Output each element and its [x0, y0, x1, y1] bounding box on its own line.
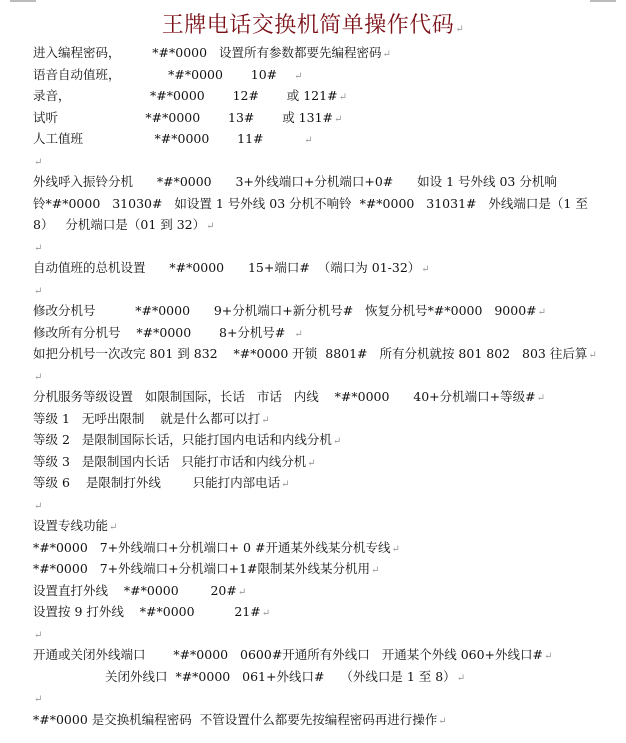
paragraph-mark-icon: ↵ [333, 436, 341, 447]
line-text: 人工值班 *#*0000 11# [33, 131, 303, 146]
paragraph-mark-icon: ↵ [261, 415, 269, 426]
line-text: *#*0000 7+外线端口+分机端口+1#限制某外线某分机用 [33, 561, 370, 576]
line-direct-outside: 设置直打外线 *#*0000 20#↵ [33, 580, 613, 602]
paragraph-mark-icon: ↵ [34, 157, 42, 168]
paragraph-mark-icon: ↵ [334, 114, 342, 125]
line-incoming-ring-2: 铃*#*0000 31030# 如设置 1 号外线 03 分机不响铃 *#*00… [33, 193, 613, 215]
document-body[interactable]: 进入编程密码， *#*0000 设置所有参数都要先编程密码↵ 语音自动值班， *… [33, 42, 613, 730]
line-text: 等级 6 是限制打外线 只能打内部电话 [33, 475, 280, 490]
line-text: 如把分机号一次改完 801 到 832 *#*0000 开锁 8801# 所有分… [33, 346, 587, 361]
blank-line: ↵ [33, 365, 613, 387]
line-modify-all-extensions: 修改所有分机号 *#*0000 8+分机号# ↵ [33, 322, 613, 344]
paragraph-mark-icon: ↵ [262, 608, 270, 619]
line-enter-programming: 进入编程密码， *#*0000 设置所有参数都要先编程密码↵ [33, 42, 613, 64]
paragraph-mark-icon: ↵ [537, 393, 545, 404]
line-text: 设置按 9 打外线 *#*0000 21# [33, 604, 261, 619]
line-text: 8） 分机端口是（01 到 32） [33, 217, 205, 232]
line-recording: 录音， *#*0000 12# 或 121#↵ [33, 85, 613, 107]
paragraph-mark-icon: ↵ [294, 329, 302, 340]
paragraph-mark-icon: ↵ [455, 24, 464, 35]
line-text: 自动值班的总机设置 *#*0000 15+端口# （端口为 01-32） [33, 260, 420, 275]
line-incoming-ring-1: 外线呼入振铃分机 *#*0000 3+外线端口+分机端口+0# 如设 1 号外线… [33, 171, 613, 193]
line-text: 录音， *#*0000 12# 或 121# [33, 88, 338, 103]
paragraph-mark-icon: ↵ [34, 286, 42, 297]
paragraph-mark-icon: ↵ [281, 479, 289, 490]
line-text: 语音自动值班， *#*0000 10# [33, 67, 293, 82]
line-dedicated-line-restrict: *#*0000 7+外线端口+分机端口+1#限制某外线某分机用↵ [33, 558, 613, 580]
line-service-level: 分机服务等级设置 如限制国际，长话 市话 内线 *#*0000 40+分机端口+… [33, 386, 613, 408]
line-text: 外线呼入振铃分机 *#*0000 3+外线端口+分机端口+0# 如设 1 号外线… [33, 174, 557, 189]
paragraph-mark-icon: ↵ [294, 71, 302, 82]
line-text: 设置直打外线 *#*0000 20# [33, 583, 237, 598]
line-text: *#*0000 是交换机编程密码 不管设置什么都要先按编程密码再进行操作 [33, 712, 437, 727]
blank-line: ↵ [33, 494, 613, 516]
line-voice-auto-attendant: 语音自动值班， *#*0000 10# ↵ [33, 64, 613, 86]
line-text: 设置专线功能 [33, 518, 108, 533]
line-modify-extension: 修改分机号 *#*0000 9+分机端口+新分机号# 恢复分机号*#*0000 … [33, 300, 613, 322]
page-corner-mark-right [590, 0, 616, 2]
line-level-1: 等级 1 无呼出限制 就是什么都可以打↵ [33, 408, 613, 430]
paragraph-mark-icon: ↵ [304, 135, 312, 146]
line-text: 等级 3 是限制国内长话 只能打市话和内线分机 [33, 454, 306, 469]
paragraph-mark-icon: ↵ [383, 49, 391, 60]
line-open-close-trunk: 开通或关闭外线端口 *#*0000 0600#开通所有外线口 开通某个外线 06… [33, 644, 613, 666]
blank-line: ↵ [33, 687, 613, 709]
line-auto-attendant-operator: 自动值班的总机设置 *#*0000 15+端口# （端口为 01-32）↵ [33, 257, 613, 279]
paragraph-mark-icon: ↵ [588, 350, 596, 361]
line-text: 等级 1 无呼出限制 就是什么都可以打 [33, 411, 260, 426]
line-footer-note: *#*0000 是交换机编程密码 不管设置什么都要先按编程密码再进行操作↵ [33, 709, 613, 731]
line-text: 关闭外线口 *#*0000 061+外线口# （外线口是 1 至 8） [105, 669, 456, 684]
line-text: 试听 *#*0000 13# 或 131# [33, 110, 333, 125]
paragraph-mark-icon: ↵ [371, 565, 379, 576]
line-dedicated-line-heading: 设置专线功能↵ [33, 515, 613, 537]
paragraph-mark-icon: ↵ [109, 522, 117, 533]
line-level-3: 等级 3 是限制国内长话 只能打市话和内线分机↵ [33, 451, 613, 473]
paragraph-mark-icon: ↵ [421, 264, 429, 275]
line-text: *#*0000 7+外线端口+分机端口+ 0 #开通某外线某分机专线 [33, 540, 390, 555]
line-dedicated-line-open: *#*0000 7+外线端口+分机端口+ 0 #开通某外线某分机专线↵ [33, 537, 613, 559]
document-title: 王牌电话交换机简单操作代码↵ [0, 8, 626, 39]
line-incoming-ring-3: 8） 分机端口是（01 到 32）↵ [33, 214, 613, 236]
paragraph-mark-icon: ↵ [34, 372, 42, 383]
line-text: 等级 2 是限制国际长话，只能打国内电话和内线分机 [33, 432, 332, 447]
paragraph-mark-icon: ↵ [206, 221, 214, 232]
paragraph-mark-icon: ↵ [238, 587, 246, 598]
paragraph-mark-icon: ↵ [438, 716, 446, 727]
line-text: 开通或关闭外线端口 *#*0000 0600#开通所有外线口 开通某个外线 06… [33, 647, 543, 662]
blank-line: ↵ [33, 150, 613, 172]
paragraph-mark-icon: ↵ [34, 501, 42, 512]
line-text: 修改分机号 *#*0000 9+分机端口+新分机号# 恢复分机号*#*0000 … [33, 303, 537, 318]
line-text: 铃*#*0000 31030# 如设置 1 号外线 03 分机不响铃 *#*00… [33, 196, 588, 211]
line-text: 进入编程密码， *#*0000 设置所有参数都要先编程密码 [33, 45, 382, 60]
page-corner-mark-left [10, 0, 36, 2]
line-text: 修改所有分机号 *#*0000 8+分机号# [33, 325, 293, 340]
paragraph-mark-icon: ↵ [457, 673, 465, 684]
line-manual-attendant: 人工值班 *#*0000 11# ↵ [33, 128, 613, 150]
paragraph-mark-icon: ↵ [538, 307, 546, 318]
paragraph-mark-icon: ↵ [34, 243, 42, 254]
paragraph-mark-icon: ↵ [307, 458, 315, 469]
blank-line: ↵ [33, 236, 613, 258]
blank-line: ↵ [33, 279, 613, 301]
blank-line: ↵ [33, 623, 613, 645]
line-close-trunk: 关闭外线口 *#*0000 061+外线口# （外线口是 1 至 8）↵ [33, 666, 613, 688]
document-title-text: 王牌电话交换机简单操作代码 [162, 13, 455, 38]
line-level-6: 等级 6 是限制打外线 只能打内部电话↵ [33, 472, 613, 494]
line-level-2: 等级 2 是限制国际长话，只能打国内电话和内线分机↵ [33, 429, 613, 451]
paragraph-mark-icon: ↵ [339, 92, 347, 103]
line-dial-9-outside: 设置按 9 打外线 *#*0000 21#↵ [33, 601, 613, 623]
paragraph-mark-icon: ↵ [34, 630, 42, 641]
paragraph-mark-icon: ↵ [34, 694, 42, 705]
paragraph-mark-icon: ↵ [544, 651, 552, 662]
line-batch-extension: 如把分机号一次改完 801 到 832 *#*0000 开锁 8801# 所有分… [33, 343, 613, 365]
line-playback: 试听 *#*0000 13# 或 131#↵ [33, 107, 613, 129]
paragraph-mark-icon: ↵ [391, 544, 399, 555]
line-text: 分机服务等级设置 如限制国际，长话 市话 内线 *#*0000 40+分机端口+… [33, 389, 536, 404]
